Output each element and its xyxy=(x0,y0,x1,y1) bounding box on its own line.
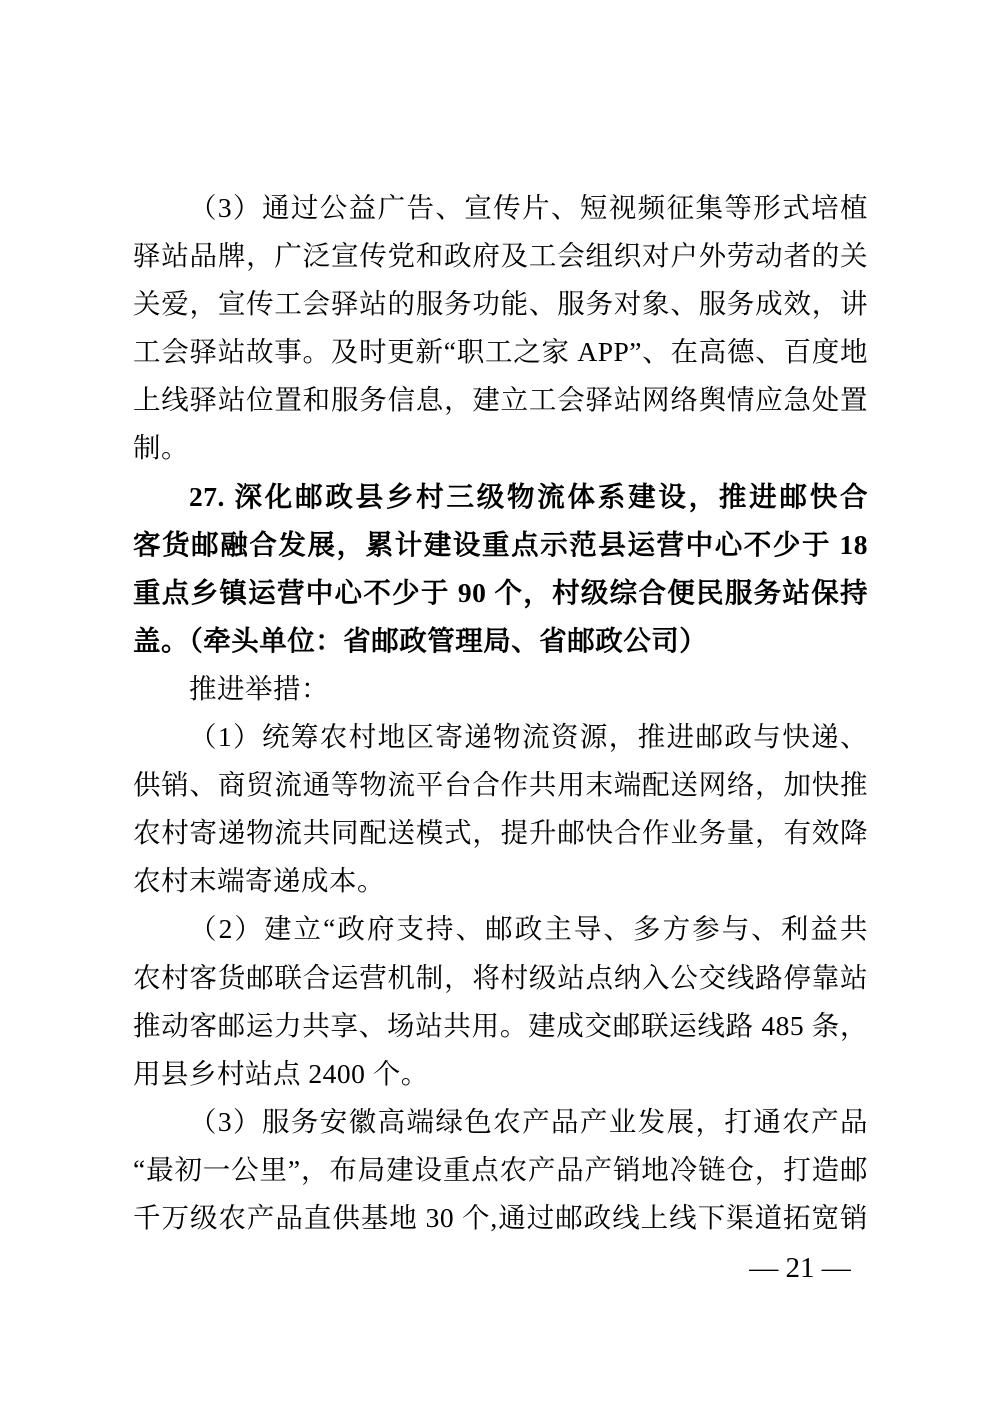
text-line: 工会驿站故事。及时更新“职工之家 APP”、在高德、百度地图 xyxy=(133,328,868,376)
text-line: 农村客货邮联合运营机制，将村级站点纳入公交线路停靠站点， xyxy=(133,954,868,1002)
text-line-task-item: 27. 深化邮政县乡村三级物流体系建设，推进邮快合作、 xyxy=(133,473,868,521)
text-line: 农村寄递物流共同配送模式，提升邮快合作业务量，有效降低 xyxy=(133,809,868,857)
text-line-task-item: 客货邮融合发展，累计建设重点示范县运营中心不少于 18 个、 xyxy=(133,521,868,569)
text-line: （2）建立“政府支持、邮政主导、多方参与、利益共享”的 xyxy=(133,905,868,953)
page-number: — 21 — xyxy=(745,1250,855,1286)
text-line: 制。 xyxy=(133,424,868,472)
text-line: “最初一公里”，布局建设重点农产品产销地冷链仓，打造邮政 xyxy=(133,1146,868,1194)
text-line: 驿站品牌，广泛宣传党和政府及工会组织对户外劳动者的关心 xyxy=(133,232,868,280)
text-line: 上线驿站位置和服务信息，建立工会驿站网络舆情应急处置机 xyxy=(133,376,868,424)
text-line: 供销、商贸流通等物流平台合作共用末端配送网络，加快推广 xyxy=(133,761,868,809)
text-line: 农村末端寄递成本。 xyxy=(133,857,868,905)
text-line: 推动客邮运力共享、场站共用。建成交邮联运线路 485 条，复 xyxy=(133,1002,868,1050)
text-line: （3）通过公益广告、宣传片、短视频征集等形式培植工会 xyxy=(133,184,868,232)
text-line: 推进举措： xyxy=(133,665,868,713)
text-line: （1）统筹农村地区寄递物流资源，推进邮政与快递、交通、 xyxy=(133,713,868,761)
document-page: （3）通过公益广告、宣传片、短视频征集等形式培植工会 驿站品牌，广泛宣传党和政府… xyxy=(0,0,1000,1414)
text-line-task-item: 重点乡镇运营中心不少于 90 个，村级综合便民服务站保持全覆 xyxy=(133,569,868,617)
text-line: 关爱，宣传工会驿站的服务功能、服务对象、服务成效，讲好 xyxy=(133,280,868,328)
text-line-task-item: 盖。（牵头单位：省邮政管理局、省邮政公司） xyxy=(133,617,868,665)
text-line: 用县乡村站点 2400 个。 xyxy=(133,1050,868,1098)
text-line: （3）服务安徽高端绿色农产品产业发展，打通农产品上行 xyxy=(133,1098,868,1146)
document-body: （3）通过公益广告、宣传片、短视频征集等形式培植工会 驿站品牌，广泛宣传党和政府… xyxy=(133,184,868,1242)
text-line: 千万级农产品直供基地 30 个,通过邮政线上线下渠道拓宽销路， xyxy=(133,1194,868,1242)
